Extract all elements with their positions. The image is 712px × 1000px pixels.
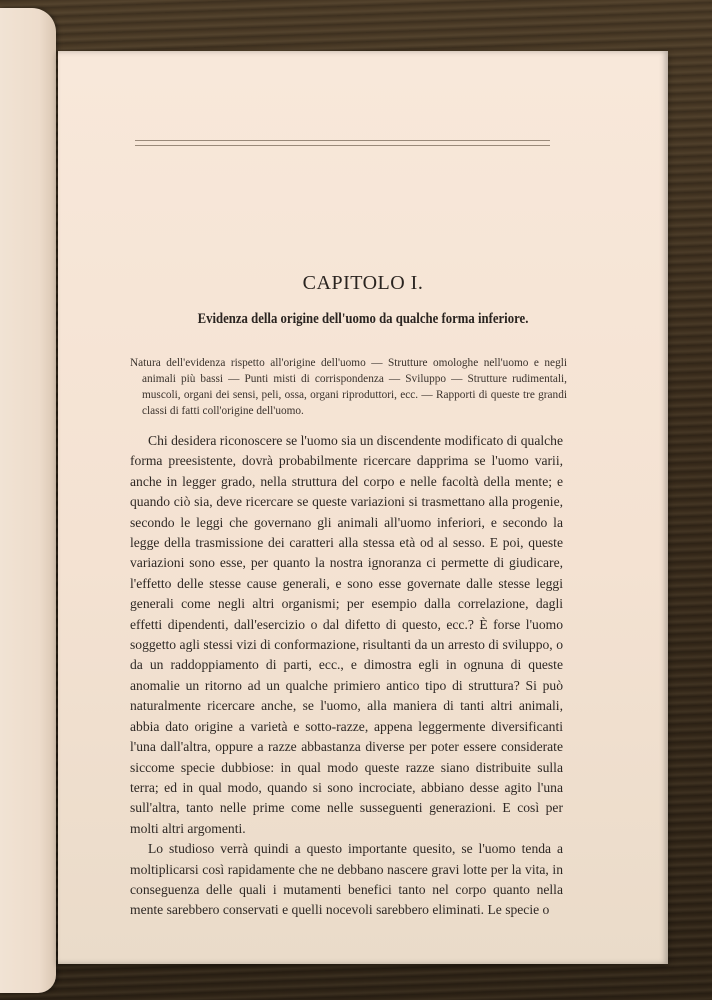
chapter-summary: Natura dell'evidenza rispetto all'origin… — [130, 355, 567, 419]
chapter-title: CAPITOLO I. — [58, 272, 668, 295]
chapter-subtitle: Evidenza della origine dell'uomo da qual… — [95, 311, 632, 328]
book-page: CAPITOLO I. Evidenza della origine dell'… — [58, 51, 668, 964]
left-page-edge — [0, 8, 56, 993]
body-text: Chi desidera riconoscere se l'uomo sia u… — [130, 431, 563, 921]
decorative-double-rule — [135, 140, 550, 146]
paragraph: Lo studioso verrà quindi a questo import… — [130, 839, 563, 921]
paragraph: Chi desidera riconoscere se l'uomo sia u… — [130, 431, 563, 839]
